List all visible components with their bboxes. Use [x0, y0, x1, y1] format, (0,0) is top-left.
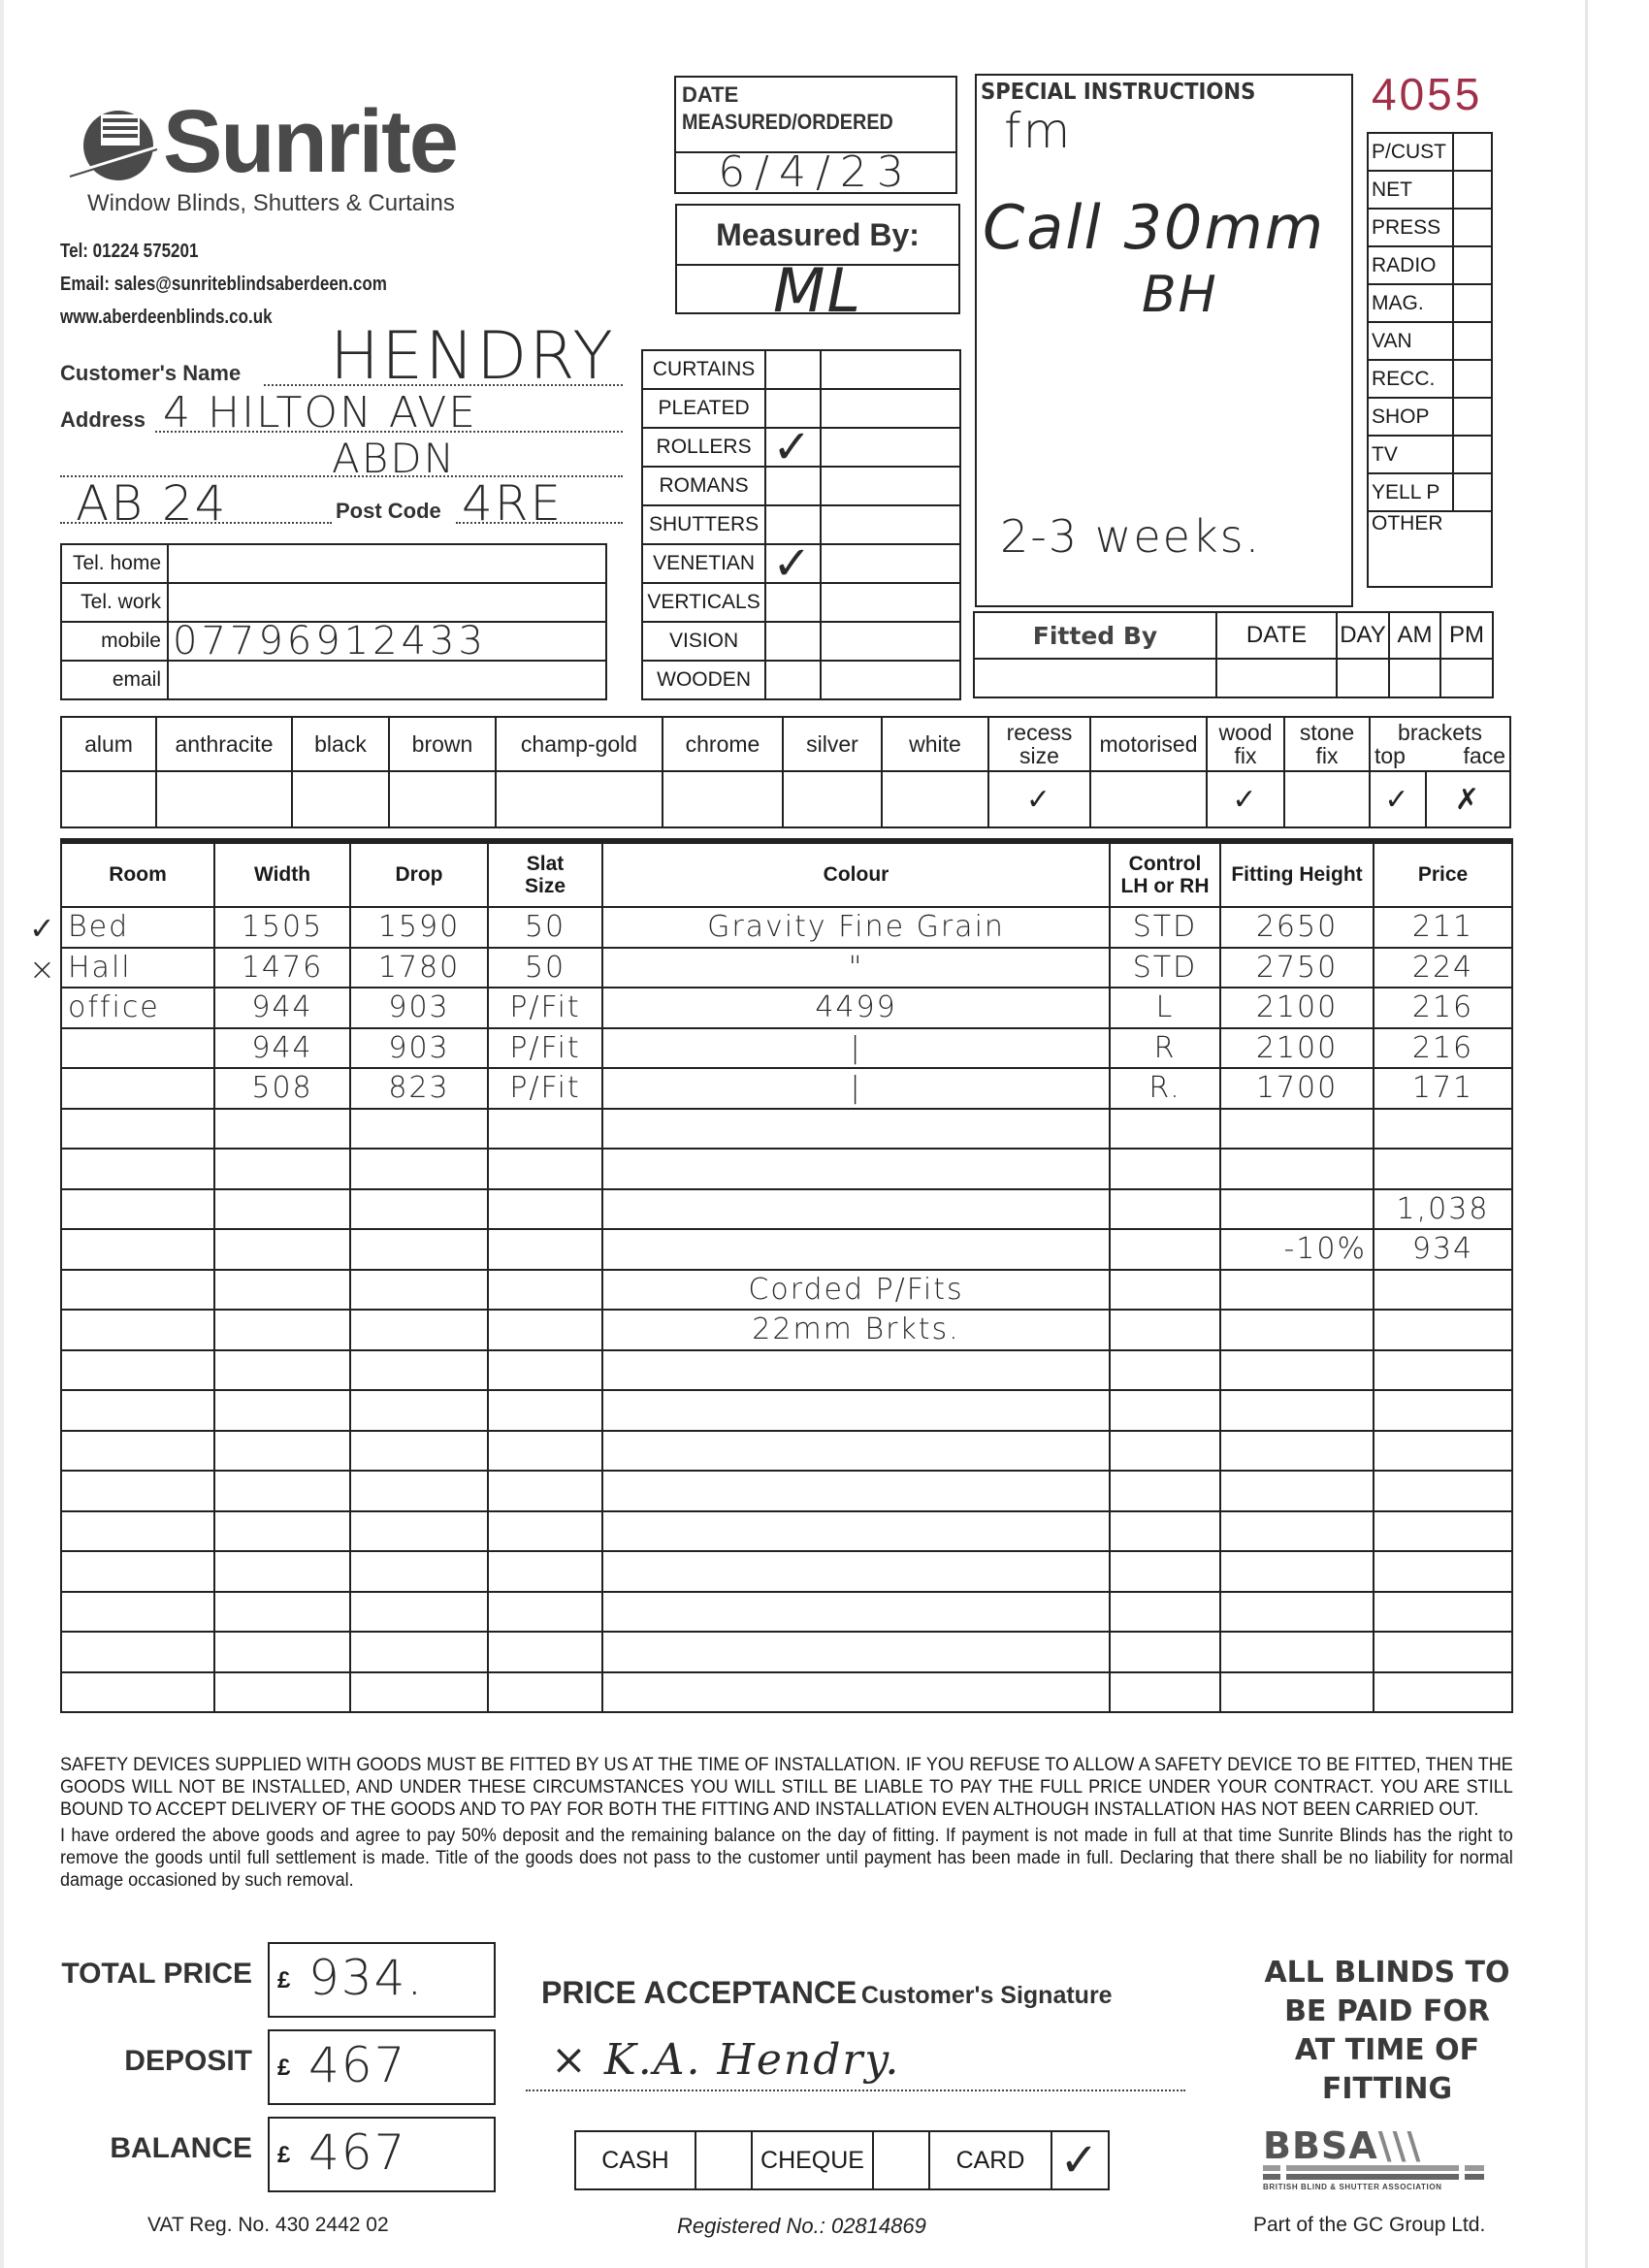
order-cell-price[interactable]: 1,038	[1374, 1189, 1512, 1230]
motorised-checkbox[interactable]	[1090, 771, 1207, 827]
order-cell-fitting-height[interactable]	[1220, 1109, 1374, 1150]
wood-fix-label: woodfix	[1207, 717, 1284, 771]
col-colour: Colour	[602, 843, 1110, 907]
order-cell-drop[interactable]	[350, 1350, 488, 1391]
order-cell-width[interactable]	[214, 1390, 350, 1431]
payment-card-checkbox[interactable]: ✓	[1051, 2131, 1109, 2189]
product-checkbox[interactable]: ✓	[765, 428, 821, 467]
order-row: 1,038	[61, 1189, 1512, 1230]
order-cell-control[interactable]	[1110, 1471, 1220, 1511]
measured-by-value[interactable]: ML	[677, 266, 958, 316]
order-cell-colour[interactable]	[602, 1189, 1110, 1230]
colour-alum-checkbox[interactable]	[61, 771, 156, 827]
order-cell-price[interactable]	[1374, 1390, 1512, 1431]
order-cell-width[interactable]: 1505	[214, 907, 350, 948]
phone-label: email	[61, 661, 168, 699]
order-cell-control[interactable]: L	[1110, 988, 1220, 1028]
deposit-value: 467	[308, 2037, 406, 2093]
order-cell-colour[interactable]: 4499	[602, 988, 1110, 1028]
product-notes[interactable]	[821, 467, 960, 505]
order-cell-price[interactable]	[1374, 1149, 1512, 1189]
order-row	[61, 1149, 1512, 1189]
order-cell-fitting-height[interactable]	[1220, 1310, 1374, 1350]
source-label: YELL P	[1368, 473, 1453, 511]
order-cell-width[interactable]	[214, 1592, 350, 1633]
blind-logo-icon	[68, 107, 165, 184]
special-instructions-line-1: fm	[1004, 103, 1072, 159]
order-cell-room[interactable]	[61, 1350, 214, 1391]
order-cell-slat[interactable]	[488, 1511, 602, 1552]
recess-size-checkbox[interactable]: ✓	[988, 771, 1090, 827]
brackets-label: brackets topface	[1370, 717, 1510, 771]
product-notes[interactable]	[821, 661, 960, 699]
fitted-am-field[interactable]	[1389, 659, 1440, 697]
fitted-day-label: DAY	[1337, 612, 1389, 659]
order-cell-price[interactable]	[1374, 1471, 1512, 1511]
balance-field[interactable]: £ 467	[268, 2117, 496, 2192]
mobile-field[interactable]: 07796912433	[168, 622, 606, 661]
order-cell-fitting-height[interactable]	[1220, 1149, 1374, 1189]
order-cell-control[interactable]: R.	[1110, 1068, 1220, 1109]
order-cell-fitting-height[interactable]	[1220, 1551, 1374, 1592]
order-cell-slat[interactable]	[488, 1592, 602, 1633]
order-cell-price[interactable]	[1374, 1672, 1512, 1713]
colour-black-checkbox[interactable]	[292, 771, 389, 827]
order-cell-drop[interactable]	[350, 1551, 488, 1592]
group-text: Part of the GC Group Ltd.	[1253, 2214, 1485, 2237]
order-cell-price[interactable]	[1374, 1350, 1512, 1391]
payment-cheque-checkbox[interactable]	[873, 2131, 929, 2189]
product-label: VERTICALS	[642, 583, 765, 622]
currency-symbol: £	[277, 2055, 290, 2082]
order-cell-fitting-height[interactable]	[1220, 1270, 1374, 1311]
order-cell-price[interactable]: 171	[1374, 1068, 1512, 1109]
order-cell-drop[interactable]	[350, 1672, 488, 1713]
order-cell-width[interactable]	[214, 1109, 350, 1150]
order-cell-colour[interactable]	[602, 1592, 1110, 1633]
order-cell-slat[interactable]	[488, 1431, 602, 1472]
colour-option-anthracite: anthracite	[156, 717, 292, 771]
order-cell-room[interactable]	[61, 1189, 214, 1230]
customer-signature[interactable]: × K.A. Hendry.	[551, 2035, 900, 2085]
order-cell-control[interactable]	[1110, 1632, 1220, 1672]
order-cell-control[interactable]	[1110, 1350, 1220, 1391]
order-cell-slat[interactable]	[488, 1310, 602, 1350]
order-cell-control[interactable]	[1110, 1511, 1220, 1552]
total-price-field[interactable]: £ 934.	[268, 1942, 496, 2018]
order-cell-slat[interactable]	[488, 1551, 602, 1592]
payment-cash-label: CASH	[575, 2131, 695, 2189]
source-checkbox[interactable]	[1453, 473, 1492, 511]
order-cell-room[interactable]	[61, 1109, 214, 1150]
order-cell-drop[interactable]	[350, 1310, 488, 1350]
source-checkbox[interactable]	[1453, 322, 1492, 360]
product-row: WOODEN	[642, 661, 960, 699]
address-label: Address	[60, 407, 145, 433]
order-cell-control[interactable]	[1110, 1109, 1220, 1150]
order-cell-control[interactable]	[1110, 1310, 1220, 1350]
order-cell-colour[interactable]: Corded P/Fits	[602, 1270, 1110, 1311]
source-label: MAG.	[1368, 284, 1453, 322]
order-cell-width[interactable]	[214, 1229, 350, 1270]
order-cell-control[interactable]	[1110, 1551, 1220, 1592]
source-label: TV	[1368, 436, 1453, 473]
order-cell-fitting-height[interactable]	[1220, 1471, 1374, 1511]
order-cell-drop[interactable]	[350, 1632, 488, 1672]
order-cell-colour[interactable]	[602, 1431, 1110, 1472]
order-cell-room[interactable]	[61, 1672, 214, 1713]
order-cell-width[interactable]	[214, 1149, 350, 1189]
order-cell-control[interactable]	[1110, 1592, 1220, 1633]
order-cell-fitting-height[interactable]	[1220, 1511, 1374, 1552]
order-cell-price[interactable]	[1374, 1109, 1512, 1150]
order-cell-fitting-height[interactable]	[1220, 1632, 1374, 1672]
col-price: Price	[1374, 843, 1512, 907]
order-cell-drop[interactable]	[350, 1390, 488, 1431]
order-cell-price[interactable]	[1374, 1632, 1512, 1672]
order-cell-slat[interactable]	[488, 1149, 602, 1189]
order-cell-room[interactable]	[61, 1028, 214, 1069]
order-cell-room[interactable]	[61, 1592, 214, 1633]
order-cell-drop[interactable]: 1780	[350, 948, 488, 988]
source-label: VAN	[1368, 322, 1453, 360]
recess-label-1: recess	[989, 721, 1089, 744]
source-row: P/CUST	[1368, 133, 1492, 171]
payment-cash-checkbox[interactable]	[695, 2131, 752, 2189]
order-cell-slat[interactable]	[488, 1471, 602, 1511]
order-cell-width[interactable]	[214, 1632, 350, 1672]
order-cell-slat[interactable]	[488, 1109, 602, 1150]
order-cell-price[interactable]: 216	[1374, 988, 1512, 1028]
source-row: MAG.	[1368, 284, 1492, 322]
order-cell-slat[interactable]: 50	[488, 948, 602, 988]
source-checkbox[interactable]	[1453, 360, 1492, 398]
source-checkbox[interactable]	[1453, 436, 1492, 473]
measured-by-box: Measured By: ML	[675, 204, 960, 314]
payment-cheque-label: CHEQUE	[752, 2131, 873, 2189]
order-cell-slat[interactable]	[488, 1189, 602, 1230]
colour-chrome-checkbox[interactable]	[663, 771, 783, 827]
order-cell-drop[interactable]	[350, 1270, 488, 1311]
product-checkbox[interactable]	[765, 661, 821, 699]
order-cell-slat[interactable]	[488, 1229, 602, 1270]
price-acceptance-heading: PRICE ACCEPTANCE Customer's Signature	[541, 1975, 1113, 2011]
order-cell-drop[interactable]	[350, 1149, 488, 1189]
source-row: VAN	[1368, 322, 1492, 360]
order-cell-width[interactable]	[214, 1471, 350, 1511]
order-cell-colour[interactable]: 22mm Brkts.	[602, 1310, 1110, 1350]
tel-home-field[interactable]	[168, 544, 606, 583]
product-checkbox[interactable]: ✓	[765, 544, 821, 583]
source-checkbox[interactable]	[1453, 209, 1492, 246]
order-cell-fitting-height[interactable]: -10%	[1220, 1229, 1374, 1270]
order-cell-room[interactable]: Hall×	[61, 948, 214, 988]
order-cell-control[interactable]: STD	[1110, 948, 1220, 988]
order-cell-drop[interactable]: 1590	[350, 907, 488, 948]
registered-number: Registered No.: 02814869	[677, 2214, 926, 2239]
order-cell-slat[interactable]	[488, 1632, 602, 1672]
order-cell-slat[interactable]	[488, 1270, 602, 1311]
order-cell-colour[interactable]: |	[602, 1028, 1110, 1069]
order-cell-room[interactable]	[61, 1471, 214, 1511]
order-cell-colour[interactable]	[602, 1471, 1110, 1511]
order-cell-room[interactable]	[61, 1390, 214, 1431]
address-value-1[interactable]: 4 HILTON AVE	[163, 388, 477, 437]
deposit-field[interactable]: £ 467	[268, 2029, 496, 2105]
email-field[interactable]	[168, 661, 606, 699]
order-cell-price[interactable]: 211	[1374, 907, 1512, 948]
slat-label-1: Slat	[489, 853, 601, 875]
source-checkbox[interactable]	[1453, 133, 1492, 171]
order-cell-room[interactable]	[61, 1632, 214, 1672]
product-notes[interactable]	[821, 544, 960, 583]
product-notes[interactable]	[821, 389, 960, 428]
order-cell-room[interactable]	[61, 1431, 214, 1472]
colour-option-alum: alum	[61, 717, 156, 771]
order-cell-fitting-height[interactable]	[1220, 1431, 1374, 1472]
order-cell-width[interactable]: 508	[214, 1068, 350, 1109]
order-row: -10%934	[61, 1229, 1512, 1270]
brackets-top-checkbox[interactable]: ✓	[1370, 771, 1426, 827]
colour-brown-checkbox[interactable]	[389, 771, 496, 827]
order-cell-slat[interactable]	[488, 1390, 602, 1431]
order-cell-slat[interactable]	[488, 1350, 602, 1391]
order-cell-drop[interactable]	[350, 1471, 488, 1511]
order-cell-fitting-height[interactable]: 1700	[1220, 1068, 1374, 1109]
order-cell-room[interactable]	[61, 1551, 214, 1592]
bbsa-logo: BBSA\\\ BRITISH BLIND & SHUTTER ASSOCIAT…	[1263, 2126, 1488, 2194]
stone-fix-label-1: stone	[1285, 721, 1369, 744]
colour-option-chrome: chrome	[663, 717, 783, 771]
product-label: WOODEN	[642, 661, 765, 699]
product-label: CURTAINS	[642, 350, 765, 389]
order-cell-slat[interactable]: 50	[488, 907, 602, 948]
phone-row: email	[61, 661, 606, 699]
order-cell-fitting-height[interactable]	[1220, 1189, 1374, 1230]
colour-silver-checkbox[interactable]	[783, 771, 882, 827]
date-value[interactable]: 6/4/23	[676, 153, 955, 192]
wood-fix-checkbox[interactable]: ✓	[1207, 771, 1284, 827]
product-label: ROMANS	[642, 467, 765, 505]
order-cell-room[interactable]: office	[61, 988, 214, 1028]
payment-card-label: CARD	[929, 2131, 1051, 2189]
company-tel: Tel: 01224 575201	[60, 241, 198, 263]
phone-label: Tel. work	[61, 583, 168, 622]
order-cell-slat[interactable]: P/Fit	[488, 1068, 602, 1109]
order-row: 944903P/Fit|R2100216	[61, 1028, 1512, 1069]
order-cell-control[interactable]: R	[1110, 1028, 1220, 1069]
tel-work-field[interactable]	[168, 583, 606, 622]
source-checkbox[interactable]	[1453, 398, 1492, 436]
order-cell-colour[interactable]	[602, 1390, 1110, 1431]
order-cell-drop[interactable]	[350, 1431, 488, 1472]
order-cell-colour[interactable]	[602, 1632, 1110, 1672]
product-row: ROLLERS✓	[642, 428, 960, 467]
order-row: 22mm Brkts.	[61, 1310, 1512, 1350]
order-cell-colour[interactable]	[602, 1229, 1110, 1270]
row-margin-mark: ×	[29, 951, 57, 988]
order-cell-control[interactable]	[1110, 1270, 1220, 1311]
order-cell-fitting-height[interactable]	[1220, 1350, 1374, 1391]
source-label: SHOP	[1368, 398, 1453, 436]
order-cell-colour[interactable]	[602, 1149, 1110, 1189]
fitted-day-field[interactable]	[1337, 659, 1389, 697]
order-cell-room[interactable]	[61, 1270, 214, 1311]
order-cell-fitting-height[interactable]	[1220, 1592, 1374, 1633]
special-instructions-line-3: BH	[1142, 266, 1218, 324]
colour-white-checkbox[interactable]	[882, 771, 988, 827]
order-cell-width[interactable]: 1476	[214, 948, 350, 988]
order-cell-price[interactable]	[1374, 1431, 1512, 1472]
colour-anthracite-checkbox[interactable]	[156, 771, 292, 827]
order-cell-drop[interactable]	[350, 1189, 488, 1230]
date-measured-box: DATE MEASURED/ORDERED 6/4/23	[674, 76, 957, 194]
order-cell-width[interactable]: 944	[214, 988, 350, 1028]
order-cell-colour[interactable]: Gravity Fine Grain	[602, 907, 1110, 948]
source-checkbox[interactable]	[1453, 246, 1492, 284]
order-cell-drop[interactable]	[350, 1592, 488, 1633]
postcode-value[interactable]: 4RE	[462, 475, 563, 532]
vat-number: VAT Reg. No. 430 2442 02	[147, 2214, 389, 2237]
order-cell-width[interactable]	[214, 1350, 350, 1391]
source-other[interactable]: OTHER	[1368, 511, 1492, 587]
order-table-body: Bed✓1505159050Gravity Fine GrainSTD26502…	[61, 907, 1512, 1712]
order-cell-colour[interactable]	[602, 1511, 1110, 1552]
fitted-date-field[interactable]	[1216, 659, 1337, 697]
order-cell-control[interactable]	[1110, 1229, 1220, 1270]
source-row: RECC.	[1368, 360, 1492, 398]
order-row: Bed✓1505159050Gravity Fine GrainSTD26502…	[61, 907, 1512, 948]
product-notes[interactable]	[821, 622, 960, 661]
product-notes[interactable]	[821, 428, 960, 467]
order-cell-colour[interactable]	[602, 1109, 1110, 1150]
product-type-table: CURTAINS PLEATED ROLLERS✓ ROMANS SHUTTER…	[641, 349, 961, 700]
order-cell-drop[interactable]: 823	[350, 1068, 488, 1109]
order-cell-width[interactable]	[214, 1551, 350, 1592]
order-cell-width[interactable]	[214, 1189, 350, 1230]
brand-name: Sunrite	[163, 91, 457, 193]
source-checkbox[interactable]	[1453, 284, 1492, 322]
order-cell-colour[interactable]: |	[602, 1068, 1110, 1109]
col-room: Room	[61, 843, 214, 907]
order-cell-price[interactable]	[1374, 1270, 1512, 1311]
order-cell-price[interactable]	[1374, 1551, 1512, 1592]
order-cell-width[interactable]	[214, 1431, 350, 1472]
order-cell-room[interactable]	[61, 1310, 214, 1350]
order-cell-fitting-height[interactable]: 2650	[1220, 907, 1374, 948]
order-cell-control[interactable]	[1110, 1431, 1220, 1472]
order-cell-control[interactable]	[1110, 1390, 1220, 1431]
company-logo: Sunrite Window Blinds, Shutters & Curtai…	[58, 97, 495, 223]
order-cell-fitting-height[interactable]: 2750	[1220, 948, 1374, 988]
order-cell-price[interactable]: 224	[1374, 948, 1512, 988]
col-control: ControlLH or RH	[1110, 843, 1220, 907]
payment-agreement: I have ordered the above goods and agree…	[60, 1825, 1513, 1892]
bbsa-bars-icon	[1263, 2165, 1484, 2181]
order-cell-room[interactable]: Bed✓	[61, 907, 214, 948]
order-cell-drop[interactable]	[350, 1109, 488, 1150]
bbsa-logo-text: BBSA\\\	[1263, 2126, 1421, 2165]
order-cell-slat[interactable]	[488, 1672, 602, 1713]
order-cell-control[interactable]	[1110, 1189, 1220, 1230]
special-instructions-box[interactable]: SPECIAL INSTRUCTIONS fm Call 30mm BH 2-3…	[975, 74, 1353, 607]
recess-label-2: size	[989, 744, 1089, 767]
order-cell-fitting-height[interactable]	[1220, 1390, 1374, 1431]
order-cell-width[interactable]: 944	[214, 1028, 350, 1069]
order-cell-room[interactable]	[61, 1511, 214, 1552]
notice-line-4: FITTING	[1222, 2070, 1552, 2109]
fitted-by-field[interactable]	[974, 659, 1216, 697]
stone-fix-checkbox[interactable]	[1284, 771, 1370, 827]
phone-row: Tel. work	[61, 583, 606, 622]
order-cell-price[interactable]	[1374, 1592, 1512, 1633]
terms-block: SAFETY DEVICES SUPPLIED WITH GOODS MUST …	[60, 1754, 1513, 1892]
order-cell-colour[interactable]	[602, 1551, 1110, 1592]
order-cell-drop[interactable]	[350, 1229, 488, 1270]
order-cell-price[interactable]: 934	[1374, 1229, 1512, 1270]
date-label: DATE	[682, 81, 950, 109]
order-cell-fitting-height[interactable]: 2100	[1220, 1028, 1374, 1069]
product-label: VISION	[642, 622, 765, 661]
product-checkbox[interactable]	[765, 350, 821, 389]
order-cell-room[interactable]	[61, 1229, 214, 1270]
wood-fix-label-1: wood	[1208, 721, 1283, 744]
order-cell-width[interactable]	[214, 1270, 350, 1311]
order-cell-price[interactable]	[1374, 1310, 1512, 1350]
phone-row: Tel. home	[61, 544, 606, 583]
colour-option-white: white	[882, 717, 988, 771]
order-cell-width[interactable]	[214, 1672, 350, 1713]
product-notes[interactable]	[821, 505, 960, 544]
customer-name-value[interactable]: HENDRY	[330, 318, 615, 395]
source-checkbox[interactable]	[1453, 171, 1492, 209]
order-cell-colour[interactable]	[602, 1350, 1110, 1391]
options-table: alum anthracite black brown champ-gold c…	[60, 716, 1511, 828]
order-cell-control[interactable]	[1110, 1672, 1220, 1713]
balance-value: 467	[308, 2124, 406, 2181]
order-cell-drop[interactable]: 903	[350, 988, 488, 1028]
stone-fix-label-2: fix	[1285, 744, 1369, 767]
order-cell-room[interactable]	[61, 1149, 214, 1189]
fitted-by-label: Fitted By	[974, 612, 1216, 659]
address-value-3[interactable]: AB 24	[76, 475, 227, 532]
order-cell-width[interactable]	[214, 1511, 350, 1552]
order-cell-slat[interactable]: P/Fit	[488, 988, 602, 1028]
address-value-2[interactable]: ABDN	[332, 435, 456, 482]
order-cell-colour[interactable]	[602, 1672, 1110, 1713]
order-cell-drop[interactable]: 903	[350, 1028, 488, 1069]
product-notes[interactable]	[821, 583, 960, 622]
order-cell-fitting-height[interactable]	[1220, 1672, 1374, 1713]
order-cell-price[interactable]	[1374, 1511, 1512, 1552]
order-cell-price[interactable]: 216	[1374, 1028, 1512, 1069]
product-notes[interactable]	[821, 350, 960, 389]
bbsa-subtitle: BRITISH BLIND & SHUTTER ASSOCIATION	[1263, 2183, 1442, 2191]
order-cell-fitting-height[interactable]: 2100	[1220, 988, 1374, 1028]
order-cell-drop[interactable]	[350, 1511, 488, 1552]
order-cell-room[interactable]	[61, 1068, 214, 1109]
order-cell-colour[interactable]: "	[602, 948, 1110, 988]
product-checkbox[interactable]	[765, 622, 821, 661]
order-cell-control[interactable]: STD	[1110, 907, 1220, 948]
order-cell-width[interactable]	[214, 1310, 350, 1350]
colour-champ-gold-checkbox[interactable]	[496, 771, 663, 827]
lead-source-table: P/CUST NET PRESS RADIO MAG. VAN RECC. SH…	[1367, 132, 1493, 588]
fitted-pm-field[interactable]	[1440, 659, 1493, 697]
order-cell-slat[interactable]: P/Fit	[488, 1028, 602, 1069]
order-cell-control[interactable]	[1110, 1149, 1220, 1189]
brackets-face-checkbox[interactable]: ✗	[1426, 771, 1510, 827]
